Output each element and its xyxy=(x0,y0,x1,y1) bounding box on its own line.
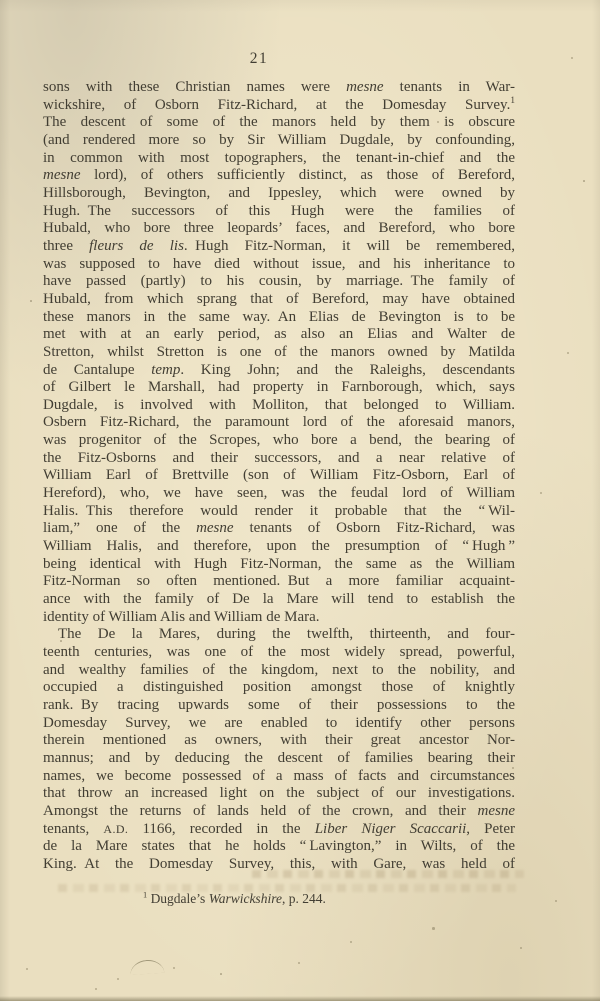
text-segment: the Fitz-Osborns and their successors, a… xyxy=(43,450,515,466)
text-segment: ance with the family of De la Mare will … xyxy=(43,591,515,607)
text-line: rank. By tracing upwards some of their p… xyxy=(43,697,515,715)
text-line: Stretton, whilst Stretton is one of the … xyxy=(43,344,515,362)
text-line: of Gilbert le Marshall, had property in … xyxy=(43,379,515,397)
text-line: sons with these Christian names were mes… xyxy=(43,79,515,97)
text-segment: A.D. xyxy=(103,822,128,836)
text-segment: liam,” one of the xyxy=(43,520,196,536)
paper-speck xyxy=(60,640,62,642)
text-segment: in common with most topographers, the te… xyxy=(43,150,515,166)
text-segment: . Hugh Fitz-Norman, it will be remembere… xyxy=(184,238,515,254)
text-segment: these manors in the same way. An Elias d… xyxy=(43,309,515,325)
text-segment: Osbern Fitz-Richard, the paramount lord … xyxy=(43,414,515,430)
text-line: therein mentioned as owners, with their … xyxy=(43,732,515,750)
text-line: tenants, A.D. 1166, recorded in the Libe… xyxy=(43,821,515,839)
paper-speck xyxy=(220,973,222,975)
text-segment: Hubald, from which sprang that of Berefo… xyxy=(43,291,515,307)
text-segment: Stretton, whilst Stretton is one of the … xyxy=(43,344,515,360)
text-segment: Dugdale’s xyxy=(147,891,209,906)
text-line: Fitz-Norman so often mentioned. But a mo… xyxy=(43,573,515,591)
paper-speck xyxy=(555,900,557,902)
text-segment: wickshire, of Osborn Fitz-Richard, at th… xyxy=(43,97,510,113)
text-line: Amongst the returns of lands held of the… xyxy=(43,803,515,821)
bleed-through-text xyxy=(252,870,524,878)
body-text: sons with these Christian names were mes… xyxy=(43,79,515,874)
text-segment: (and rendered more so by Sir William Dug… xyxy=(43,132,515,148)
text-line: and wealthy families of the kingdom, nex… xyxy=(43,662,515,680)
footnote-marker: 1 xyxy=(510,96,515,106)
paper-speck xyxy=(173,967,175,969)
text-segment: The descent of some of the manors held b… xyxy=(43,114,515,130)
italic-segment: Warwickshire xyxy=(209,891,282,906)
text-segment: The De la Mares, during the twelfth, thi… xyxy=(58,626,515,642)
text-segment: Hereford), who, we have seen, was the fe… xyxy=(43,485,515,501)
text-segment: de Cantalupe xyxy=(43,362,151,378)
text-segment: identity of William Alis and William de … xyxy=(43,609,320,625)
paper-speck xyxy=(437,121,439,123)
text-line: was supposed to have died without issue,… xyxy=(43,256,515,274)
text-segment: Domesday Survey, we are enabled to ident… xyxy=(43,715,515,731)
text-segment: rank. By tracing upwards some of their p… xyxy=(43,697,515,713)
text-segment: sons with these Christian names were xyxy=(43,79,346,95)
text-segment: lord), of others sufficiently distinct, … xyxy=(81,167,516,183)
text-segment: Hubald, who bore three leopards’ faces, … xyxy=(43,220,515,236)
text-segment: Hillsborough, Bevington, and Ippesley, w… xyxy=(43,185,515,201)
text-segment: tenants in War- xyxy=(384,79,515,95)
text-segment: of Gilbert le Marshall, had property in … xyxy=(43,379,515,395)
text-segment: Fitz-Norman so often mentioned. But a mo… xyxy=(43,573,515,589)
text-segment: met with at an early period, as also an … xyxy=(43,326,515,342)
paper-speck xyxy=(95,988,97,990)
text-line: in common with most topographers, the te… xyxy=(43,150,515,168)
italic-segment: temp xyxy=(151,362,180,378)
text-segment: William Earl of Brettville (son of Willi… xyxy=(43,467,515,483)
text-line: Hugh. The successors of this Hugh were t… xyxy=(43,203,515,221)
text-line: these manors in the same way. An Elias d… xyxy=(43,309,515,327)
text-line: liam,” one of the mesne tenants of Osbor… xyxy=(43,520,515,538)
text-segment: names, we become possessed of a mass of … xyxy=(43,768,515,784)
text-line: the Fitz-Osborns and their successors, a… xyxy=(43,450,515,468)
paper-speck xyxy=(117,978,119,980)
italic-segment: mesne xyxy=(346,79,384,95)
footnote: 1 Dugdale’s Warwickshire, p. 244. xyxy=(43,891,515,907)
paper-speck xyxy=(520,947,522,949)
page-number: 21 xyxy=(23,50,495,68)
text-segment: de la Mare states that he holds “ Laving… xyxy=(43,838,515,854)
paper-speck xyxy=(571,57,573,59)
text-segment: three xyxy=(43,238,89,254)
text-line: mesne lord), of others sufficiently dist… xyxy=(43,167,515,185)
text-line: ance with the family of De la Mare will … xyxy=(43,591,515,609)
text-segment: , p. 244. xyxy=(282,891,326,906)
text-line: William Earl of Brettville (son of Willi… xyxy=(43,467,515,485)
text-line: The De la Mares, during the twelfth, thi… xyxy=(43,626,515,644)
paper-speck xyxy=(540,492,542,494)
text-segment: , Peter xyxy=(466,821,515,837)
text-segment: Dugdale, is involved with Molliton, that… xyxy=(43,397,515,413)
text-segment: . King John; and the Raleighs, descendan… xyxy=(180,362,515,378)
text-line: identity of William Alis and William de … xyxy=(43,609,515,627)
text-line: The descent of some of the manors held b… xyxy=(43,114,515,132)
italic-segment: Liber Niger Scaccarii xyxy=(315,821,467,837)
text-line: (and rendered more so by Sir William Dug… xyxy=(43,132,515,150)
italic-segment: mesne xyxy=(196,520,234,536)
book-page-scan: 21 sons with these Christian names were … xyxy=(0,0,600,1001)
text-line: William Halis, and therefore, upon the p… xyxy=(43,538,515,556)
text-segment: tenants of Osborn Fitz-Richard, was xyxy=(234,520,515,536)
text-segment: tenants, xyxy=(43,821,103,837)
paper-speck xyxy=(567,352,569,354)
text-segment: therein mentioned as owners, with their … xyxy=(43,732,515,748)
text-segment: mannus; and by deducing the descent of f… xyxy=(43,750,515,766)
text-segment: that throw an increased light on the sub… xyxy=(43,785,515,801)
paper-speck xyxy=(350,941,352,943)
text-line: wickshire, of Osborn Fitz-Richard, at th… xyxy=(43,97,515,115)
text-line: Hubald, who bore three leopards’ faces, … xyxy=(43,220,515,238)
text-segment: Hugh. The successors of this Hugh were t… xyxy=(43,203,515,219)
bleed-through-text xyxy=(58,884,516,892)
text-line: Hereford), who, we have seen, was the fe… xyxy=(43,485,515,503)
paper-speck xyxy=(298,962,300,964)
text-line: names, we become possessed of a mass of … xyxy=(43,768,515,786)
text-segment: Amongst the returns of lands held of the… xyxy=(43,803,478,819)
text-line: met with at an early period, as also an … xyxy=(43,326,515,344)
text-line: de la Mare states that he holds “ Laving… xyxy=(43,838,515,856)
text-segment: 1166, recorded in the xyxy=(128,821,314,837)
text-line: Halis. This therefore would render it pr… xyxy=(43,503,515,521)
italic-segment: fleurs de lis xyxy=(89,238,184,254)
text-line: teenth centuries, was one of the most wi… xyxy=(43,644,515,662)
text-segment: William Halis, and therefore, upon the p… xyxy=(43,538,515,554)
text-segment: Halis. This therefore would render it pr… xyxy=(43,503,515,519)
text-line: three fleurs de lis. Hugh Fitz-Norman, i… xyxy=(43,238,515,256)
text-segment: teenth centuries, was one of the most wi… xyxy=(43,644,515,660)
text-line: being identical with Hugh Fitz-Norman, t… xyxy=(43,556,515,574)
text-line: was progenitor of the Scropes, who bore … xyxy=(43,432,515,450)
paper-speck xyxy=(432,927,435,930)
paper-speck xyxy=(583,180,585,182)
text-segment: was progenitor of the Scropes, who bore … xyxy=(43,432,515,448)
text-line: Osbern Fitz-Richard, the paramount lord … xyxy=(43,414,515,432)
text-line: that throw an increased light on the sub… xyxy=(43,785,515,803)
italic-segment: mesne xyxy=(43,167,81,183)
text-line: occupied a distinguished position amongs… xyxy=(43,679,515,697)
text-segment: being identical with Hugh Fitz-Norman, t… xyxy=(43,556,515,572)
text-line: Hubald, from which sprang that of Berefo… xyxy=(43,291,515,309)
italic-segment: mesne xyxy=(478,803,516,819)
pen-mark xyxy=(130,959,165,975)
paper-speck xyxy=(26,968,28,970)
text-line: de Cantalupe temp. King John; and the Ra… xyxy=(43,362,515,380)
text-line: Domesday Survey, we are enabled to ident… xyxy=(43,715,515,733)
paper-speck xyxy=(30,300,32,302)
paper-speck xyxy=(512,767,514,769)
page-bottom-edge-shadow xyxy=(0,996,600,1001)
text-segment: have passed (partly) to his cousin, by m… xyxy=(43,273,515,289)
text-line: mannus; and by deducing the descent of f… xyxy=(43,750,515,768)
text-segment: occupied a distinguished position amongs… xyxy=(43,679,515,695)
text-line: have passed (partly) to his cousin, by m… xyxy=(43,273,515,291)
text-line: Hillsborough, Bevington, and Ippesley, w… xyxy=(43,185,515,203)
text-segment: and wealthy families of the kingdom, nex… xyxy=(43,662,515,678)
text-segment: was supposed to have died without issue,… xyxy=(43,256,515,272)
text-line: Dugdale, is involved with Molliton, that… xyxy=(43,397,515,415)
